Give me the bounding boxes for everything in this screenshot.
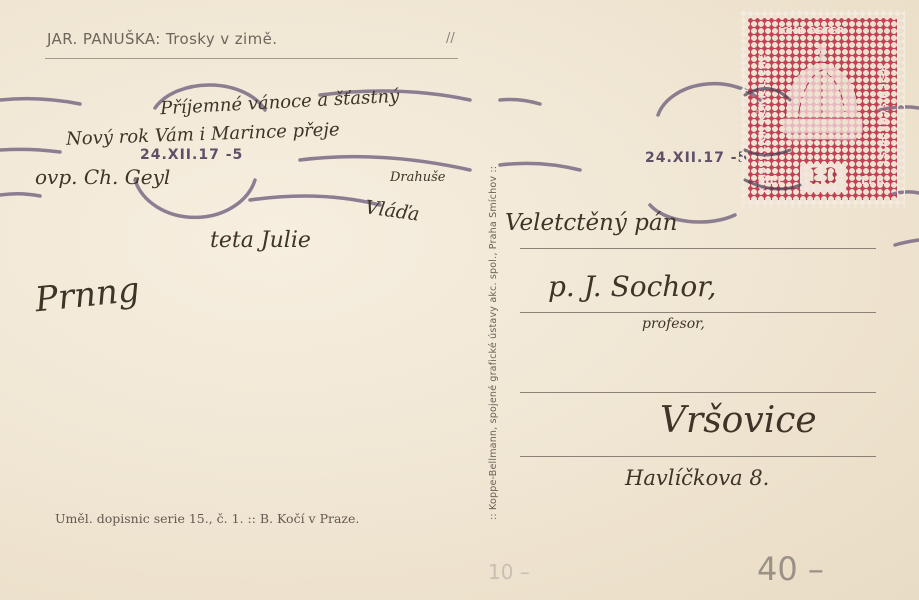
message-line-1: Příjemné vánoce a šťastný	[160, 86, 400, 120]
stamp-value-box: 10	[800, 164, 846, 192]
address-line-2	[520, 312, 876, 313]
address-street: Havlíčkova 8.	[625, 466, 769, 490]
stamp-right-text: REICHISCHE·POST	[877, 41, 888, 191]
pencil-note-price: 40 –	[757, 550, 824, 588]
stamp-top-text: ICHE ÖSTER	[778, 26, 844, 37]
address-salutation: Veletctěný pán	[505, 210, 677, 236]
postmark-date-right: 24.XII.17 -5	[645, 150, 748, 166]
address-title: profesor,	[642, 316, 705, 332]
printer-imprint-divider: :: Koppe-Bellmann, spojené grafické ústa…	[488, 166, 499, 520]
stamp-face: ICHE ÖSTER KAISERLICH·KÖNIGLICHE REICHIS…	[748, 18, 897, 200]
stamp-unit-right: LER	[861, 174, 885, 187]
address-city: Vršovice	[660, 400, 817, 441]
stamp-value: 10	[800, 164, 846, 192]
address-line-1	[520, 248, 876, 249]
printed-title-mark: //	[446, 31, 455, 46]
crown-icon	[776, 40, 869, 150]
signature-vlada: Vláďa	[364, 196, 421, 225]
signature-teta-julie: teta Julie	[210, 228, 311, 253]
postcard-back: JAR. PANUŠKA: Trosky v zimě. // Uměl. do…	[0, 0, 919, 600]
address-line-3	[520, 392, 876, 393]
address-name: p. J. Sochor,	[548, 270, 716, 303]
message-line-3: ovp. Ch. Geyl	[35, 165, 170, 189]
stamp-unit-left: HEL	[760, 174, 785, 187]
signature-drahuse: Drahuše	[390, 170, 446, 185]
title-rule	[45, 58, 458, 59]
address-line-4	[520, 456, 876, 457]
postage-stamp: ICHE ÖSTER KAISERLICH·KÖNIGLICHE REICHIS…	[740, 10, 905, 208]
printed-footer: Uměl. dopisnic serie 15., č. 1. :: B. Ko…	[55, 511, 359, 526]
signature-large: Prnng	[33, 270, 141, 321]
postmark-date-left: 24.XII.17 -5	[140, 147, 243, 163]
pencil-note-left: 10 –	[488, 560, 530, 584]
printed-title: JAR. PANUŠKA: Trosky v zimě.	[47, 30, 277, 48]
message-line-2: Nový rok Vám i Marince přeje	[66, 119, 340, 150]
